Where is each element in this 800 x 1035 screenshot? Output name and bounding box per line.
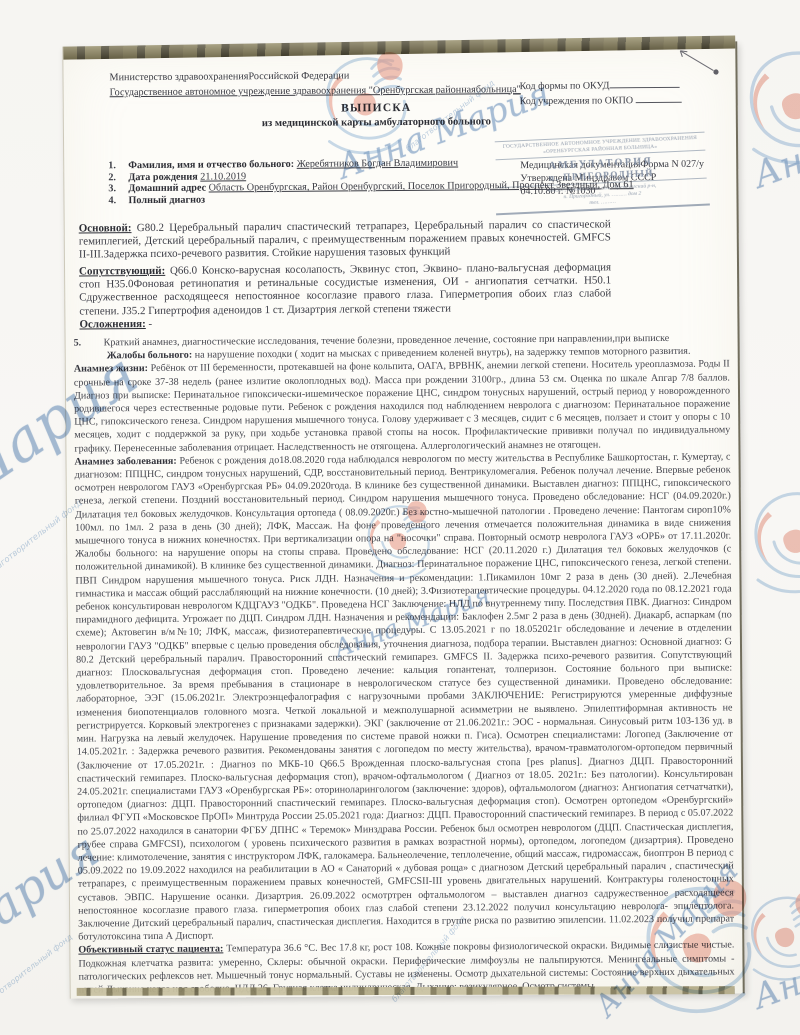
okud-blank-line (609, 78, 679, 89)
anamnesis-section: 5.Краткий анамнез, диагностические иссле… (74, 331, 735, 996)
name-label: Фамилия, имя и отчество больного: (128, 159, 294, 171)
watermark-script-topright: Анна Мария (748, 77, 800, 196)
patient-name-value: Жеребятников Богдан Владимирович (297, 158, 459, 170)
watermark-script-topleft: Мария (0, 0, 125, 34)
charity-logo-icon (738, 40, 800, 174)
complaints-label: Жалобы больного: (107, 350, 193, 362)
okud-label: Код формы по ОКУД (520, 80, 610, 92)
life-anamnesis-label: Анамнез жизни: (74, 363, 148, 375)
complications-value: - (146, 318, 153, 330)
item-number: 4. (108, 195, 128, 207)
item-number: 1. (108, 160, 128, 172)
section-number: 5. (74, 336, 104, 349)
scanned-document-photo: Министерство здравоохраненияРоссийской Ф… (0, 0, 800, 1035)
document-paper: Министерство здравоохраненияРоссийской Ф… (62, 41, 744, 998)
primary-diagnosis: Основной: G80.2 Церебральный паралич спа… (79, 218, 611, 261)
objective-status-label: Объективный статус пациента: (78, 944, 223, 956)
okud-line: Код формы по ОКУД (520, 77, 735, 94)
watermark-script-bottomright: Анна Мария (748, 904, 800, 1018)
title-main: ВЫПИСКА (104, 100, 649, 116)
concomitant-diagnosis-label: Сопутствующий: (79, 265, 165, 278)
charity-logo-icon (742, 888, 800, 988)
watermark-tagline-leftbottom: благотворительный фонд (0, 932, 74, 1007)
diagnosis-section: Основной: G80.2 Церебральный паралич спа… (79, 218, 612, 331)
life-anamnesis-text: Ребёнок от III беременности, протекавшей… (74, 359, 730, 454)
scan-edge-bottom (77, 986, 735, 996)
document-title: ВЫПИСКА из медицинской карты амбулаторно… (104, 100, 649, 130)
patient-info-list: 1.Фамилия, имя и отчество больного: Жере… (94, 156, 650, 207)
diagnosis-label: Полный диагноз (128, 194, 205, 206)
disease-anamnesis-label: Анамнез заболевания: (74, 456, 176, 468)
charity-logo-icon (744, 482, 800, 602)
birthdate-label: Дата рождения (128, 171, 198, 183)
birthdate-value: 21.10.2019 (200, 171, 246, 182)
item-number: 3. (108, 183, 128, 195)
item-number: 2. (108, 172, 128, 184)
address-label: Домашний адрес (128, 183, 206, 195)
ink-dot (713, 69, 718, 74)
disease-anamnesis-text: Ребенок с рождения до18.08.2020 года наб… (75, 451, 735, 942)
complications-label: Осложнения: (79, 318, 145, 331)
life-anamnesis-paragraph: Анамнез жизни: Ребёнок от III беременнос… (74, 358, 731, 456)
concomitant-diagnosis: Сопутствующий: Q66.0 Конско-варусная кос… (79, 262, 611, 319)
disease-anamnesis-paragraph: Анамнез заболевания: Ребенок с рождения … (74, 450, 734, 944)
primary-diagnosis-text: G80.2 Церебральный паралич спастический … (79, 218, 611, 260)
pen-arrow-mark (673, 45, 725, 79)
primary-diagnosis-label: Основной: (79, 222, 132, 234)
scan-edge-top (63, 36, 735, 60)
